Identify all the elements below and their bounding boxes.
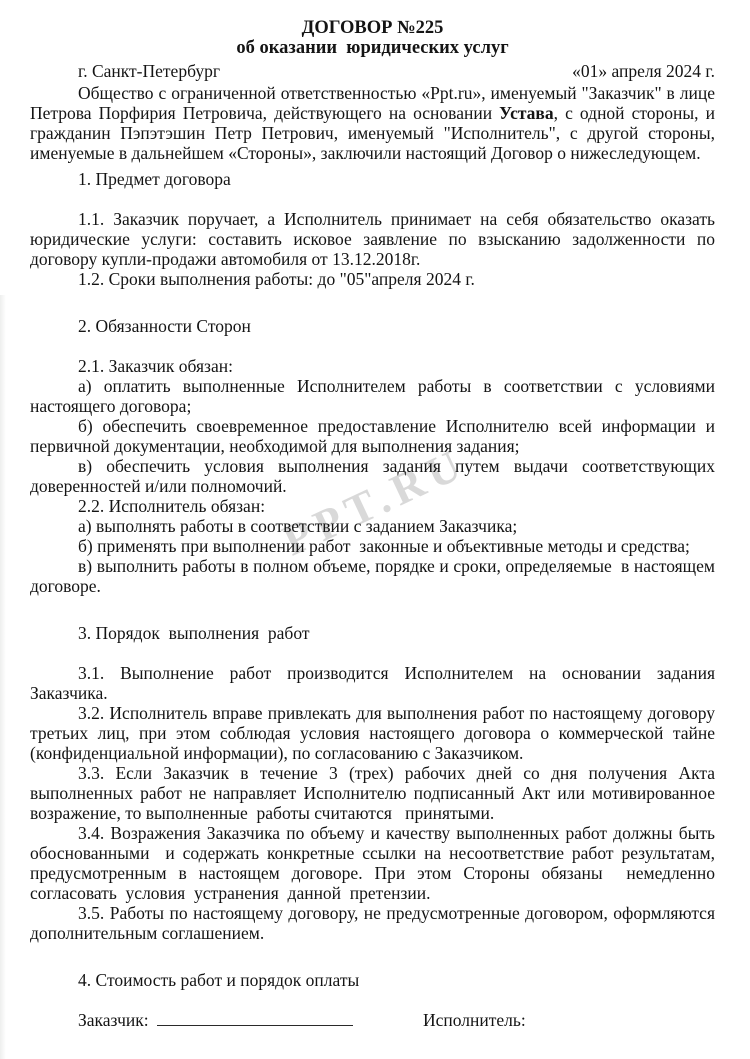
contract-title: ДОГОВОР №225 (30, 18, 715, 38)
contract-clause: в) обеспечить условия выполнения задания… (30, 456, 715, 496)
contract-date: «01» апреля 2024 г. (572, 61, 715, 81)
contract-clause: 1.1. Заказчик поручает, а Исполнитель пр… (30, 209, 715, 269)
contract-clause: а) выполнять работы в соответствии с зад… (30, 516, 715, 536)
section-heading: 3. Порядок выполнения работ (30, 623, 715, 643)
contract-clause: 3.5. Работы по настоящему договору, не п… (30, 903, 715, 943)
section-heading: 2. Обязанности Сторон (30, 316, 715, 336)
contract-clause: 3.4. Возражения Заказчика по объему и ка… (30, 823, 715, 903)
contract-subtitle: об оказании юридических услуг (30, 38, 715, 58)
signature-row: Заказчик: Исполнитель: (30, 1010, 715, 1034)
contract-clause: в) выполнить работы в полном объеме, пор… (30, 556, 715, 596)
contract-city: г. Санкт-Петербург (30, 61, 220, 81)
section-heading: 4. Стоимость работ и порядок оплаты (30, 970, 715, 990)
contract-clause: б) обеспечить своевременное предоставлен… (30, 416, 715, 456)
section-heading: 1. Предмет договора (30, 169, 715, 189)
contract-clause: 3.2. Исполнитель вправе привлекать для в… (30, 703, 715, 763)
contract-clause: б) применять при выполнении работ законн… (30, 536, 715, 556)
contract-clause: 2.2. Исполнитель обязан: (30, 496, 715, 516)
contract-page: ДОГОВОР №225 об оказании юридических усл… (0, 0, 750, 1034)
contract-clause: 1.2. Сроки выполнения работы: до "05"апр… (30, 269, 715, 289)
customer-signature-blank (157, 1011, 353, 1026)
contract-clause: 2.1. Заказчик обязан: (30, 356, 715, 376)
customer-label: Заказчик: (78, 1010, 149, 1030)
contract-clause: а) оплатить выполненные Исполнителем раб… (30, 376, 715, 416)
preamble-bold-word: Устава (499, 103, 553, 123)
preamble-paragraph: Общество с ограниченной ответственностью… (30, 83, 715, 163)
city-date-row: г. Санкт-Петербург «01» апреля 2024 г. (30, 61, 715, 81)
document-sections: 1. Предмет договора1.1. Заказчик поручае… (30, 169, 715, 990)
executor-label: Исполнитель: (423, 1010, 526, 1030)
contract-clause: 3.3. Если Заказчик в течение 3 (трех) ра… (30, 763, 715, 823)
contract-document-page: { "watermark": "PPT.RU", "header": { "ti… (0, 0, 750, 1059)
contract-clause: 3.1. Выполнение работ производится Испол… (30, 663, 715, 703)
